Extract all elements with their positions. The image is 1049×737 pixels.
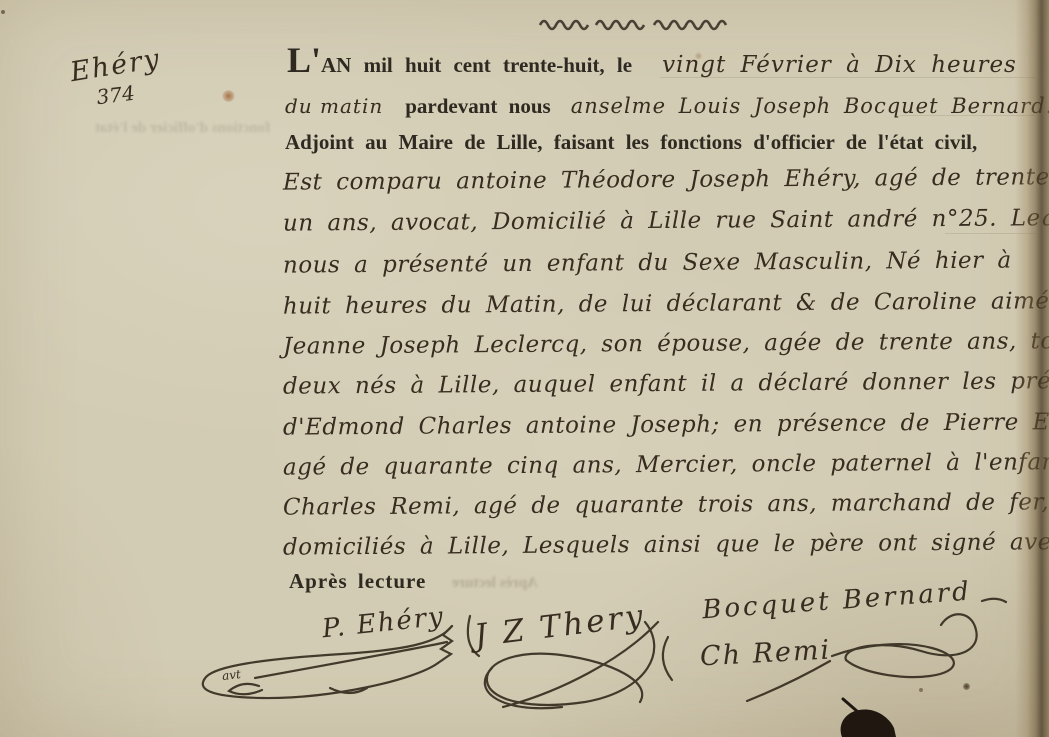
record-line-9: deux nés à Lille, auquel enfant il a déc… xyxy=(283,368,1031,399)
bleedthrough-text: fonctions d'officier de l'état xyxy=(95,120,270,137)
record-line-13: domiciliés à Lille, Lesquels ainsi que l… xyxy=(283,529,1031,560)
printed-pardevant-nous: pardevant nous xyxy=(405,94,550,118)
civil-register-page: Après lecture fonctions d'officier de l'… xyxy=(0,0,1049,737)
edge-speck xyxy=(1,10,5,14)
margin-annotation: Ehéry 374 xyxy=(68,43,167,114)
ornament-squiggle xyxy=(538,16,738,32)
record-line-12: Charles Remi, agé de quarante trois ans,… xyxy=(283,489,1031,520)
ink-speck xyxy=(919,688,923,692)
signature-witness-ch-remi: Ch Remi xyxy=(699,635,832,673)
record-line-10: d'Edmond Charles antoine Joseph; en prés… xyxy=(283,409,1031,440)
record-line-6: nous a présenté un enfant du Sexe Mascul… xyxy=(283,247,1031,278)
ink-blot xyxy=(841,699,896,737)
flourish-witness xyxy=(832,644,954,677)
rust-stain xyxy=(222,90,235,102)
record-line-1: L'AN mil huit cent trente-huit, le vingt… xyxy=(287,50,1017,78)
record-line-7: huit heures du Matin, de lui déclarant &… xyxy=(283,288,1031,319)
handwritten-date-time: vingt Février à Dix heures xyxy=(662,52,1017,78)
handwritten-du-matin: du matin xyxy=(285,94,383,118)
printed-opening: L'AN mil huit cent trente-huit, le xyxy=(287,50,632,78)
signature-father-p-ehery: P. Ehéry xyxy=(321,602,446,645)
flourish-officer xyxy=(982,599,1006,602)
signature-officer-bocquet-bernard: Bocquet Bernard xyxy=(701,577,972,626)
binding-edge xyxy=(1015,0,1049,737)
bleedthrough-text: Après lecture xyxy=(452,575,538,592)
record-line-3: Adjoint au Maire de Lille, faisant les f… xyxy=(285,130,977,155)
record-line-11: agé de quarante cinq ans, Mercier, oncle… xyxy=(283,449,1031,480)
signature-flourish-note: avt xyxy=(221,667,241,683)
ink-speck xyxy=(963,683,970,690)
record-line-5: un ans, avocat, Domicilié à Lille rue Sa… xyxy=(283,205,1031,236)
signature-uncle-jz-thery: J Z Thery xyxy=(472,598,647,655)
record-line-8: Jeanne Joseph Leclercq, son épouse, agée… xyxy=(283,328,1031,359)
record-line-4: Est comparu antoine Théodore Joseph Ehér… xyxy=(283,164,1031,195)
handwritten-officer-name: anselme Louis Joseph Bocquet Bernard. xyxy=(571,94,1049,118)
record-line-2: du matin pardevant nous anselme Louis Jo… xyxy=(285,94,1049,119)
printed-apres-lecture: Après lecture xyxy=(289,569,426,594)
